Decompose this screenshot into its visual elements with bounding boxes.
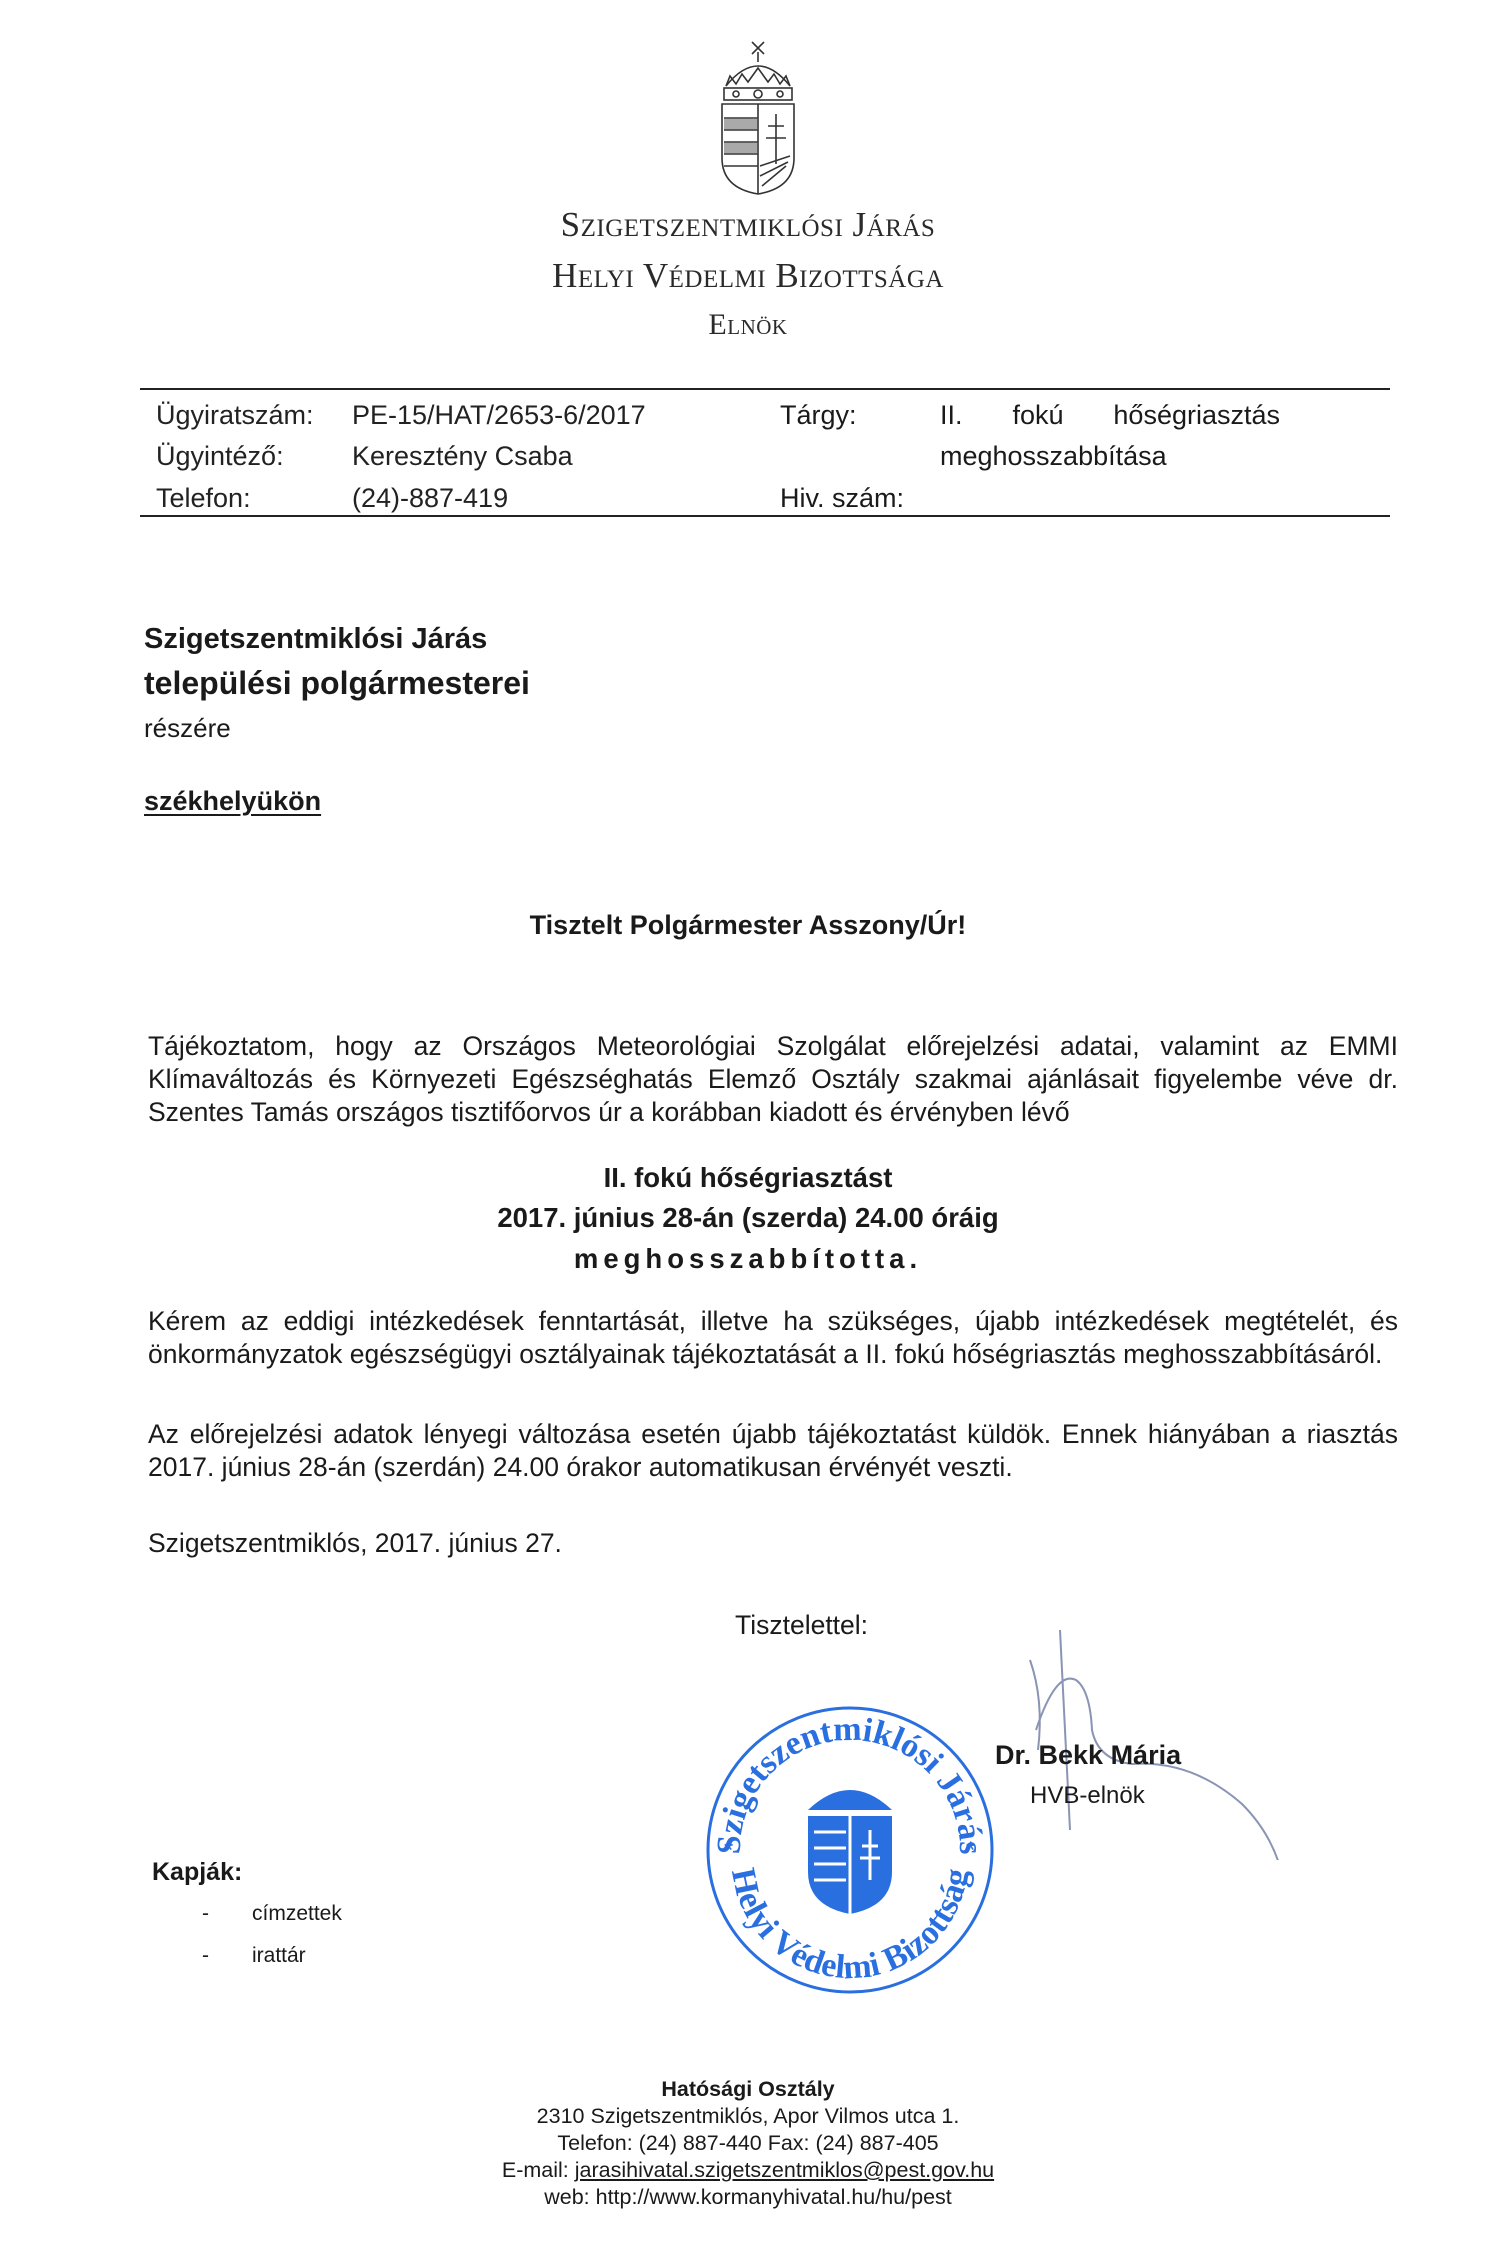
header-line-3: Elnök: [0, 308, 1496, 342]
footer-email-line: E-mail: jarasihivatal.szigetszentmiklos@…: [0, 2157, 1496, 2184]
footer-phone-fax: Telefon: (24) 887-440 Fax: (24) 887-405: [0, 2130, 1496, 2157]
body-paragraph-2: Kérem az eddigi intézkedések fenntartásá…: [148, 1305, 1398, 1371]
recipient-item: -címzettek: [202, 1902, 342, 1926]
highlight-line-2: 2017. június 28-án (szerda) 24.00 óráig: [0, 1202, 1496, 1234]
case-number-label: Ügyiratszám:: [156, 400, 314, 431]
subject-line-1: II. fokú hőségriasztás: [940, 400, 1280, 431]
footer-web[interactable]: web: http://www.kormanyhivatal.hu/hu/pes…: [0, 2184, 1496, 2211]
footer-department: Hatósági Osztály: [0, 2076, 1496, 2103]
reference-number-label: Hiv. szám:: [780, 483, 904, 514]
addressee-seat: székhelyükön: [144, 786, 321, 817]
footer-address: 2310 Szigetszentmiklós, Apor Vilmos utca…: [0, 2103, 1496, 2130]
svg-text:*: *: [724, 1837, 733, 1864]
salutation: Tisztelt Polgármester Asszony/Úr!: [0, 910, 1496, 941]
addressee-line-1: Szigetszentmiklósi Járás: [144, 623, 487, 656]
body-paragraph-3: Az előrejelzési adatok lényegi változása…: [148, 1418, 1398, 1484]
handler-value: Keresztény Csaba: [352, 441, 573, 472]
footer-email-link[interactable]: jarasihivatal.szigetszentmiklos@pest.gov…: [575, 2158, 994, 2182]
subject-word: fokú: [1012, 400, 1063, 431]
coat-of-arms-icon: [712, 38, 804, 198]
subject-word: hőségriasztás: [1113, 400, 1280, 431]
highlight-line-1: II. fokú hőségriasztást: [0, 1162, 1496, 1194]
place-date: Szigetszentmiklós, 2017. június 27.: [148, 1528, 562, 1559]
phone-value: (24)-887-419: [352, 483, 508, 514]
signatory-name: Dr. Bekk Mária: [995, 1740, 1181, 1771]
closing-regards: Tisztelettel:: [735, 1610, 868, 1641]
recipients-label: Kapják:: [152, 1858, 242, 1887]
official-stamp-icon: Szigetszentmiklósi Járás Helyi Védelmi B…: [690, 1680, 1010, 2000]
divider-bottom: [140, 515, 1390, 517]
case-number-value: PE-15/HAT/2653-6/2017: [352, 400, 646, 431]
subject-line-2: meghosszabbítása: [940, 441, 1167, 472]
header-line-1: Szigetszentmiklósi Járás: [0, 205, 1496, 245]
subject-word: II.: [940, 400, 963, 431]
highlight-line-3: meghosszabbította.: [0, 1243, 1496, 1275]
handler-label: Ügyintéző:: [156, 441, 284, 472]
signatory-role: HVB-elnök: [1030, 1782, 1145, 1810]
subject-label: Tárgy:: [780, 400, 857, 431]
header-line-2: Helyi Védelmi Bizottsága: [0, 256, 1496, 296]
footer: Hatósági Osztály 2310 Szigetszentmiklós,…: [0, 2076, 1496, 2211]
body-paragraph-1: Tájékoztatom, hogy az Országos Meteoroló…: [148, 1030, 1398, 1129]
addressee-line-2: települési polgármesterei: [144, 665, 530, 702]
divider-top: [140, 388, 1390, 390]
svg-text:*: *: [966, 1837, 975, 1864]
phone-label: Telefon:: [156, 483, 251, 514]
addressee-line-3: részére: [144, 713, 231, 744]
recipient-item: -irattár: [202, 1944, 306, 1968]
